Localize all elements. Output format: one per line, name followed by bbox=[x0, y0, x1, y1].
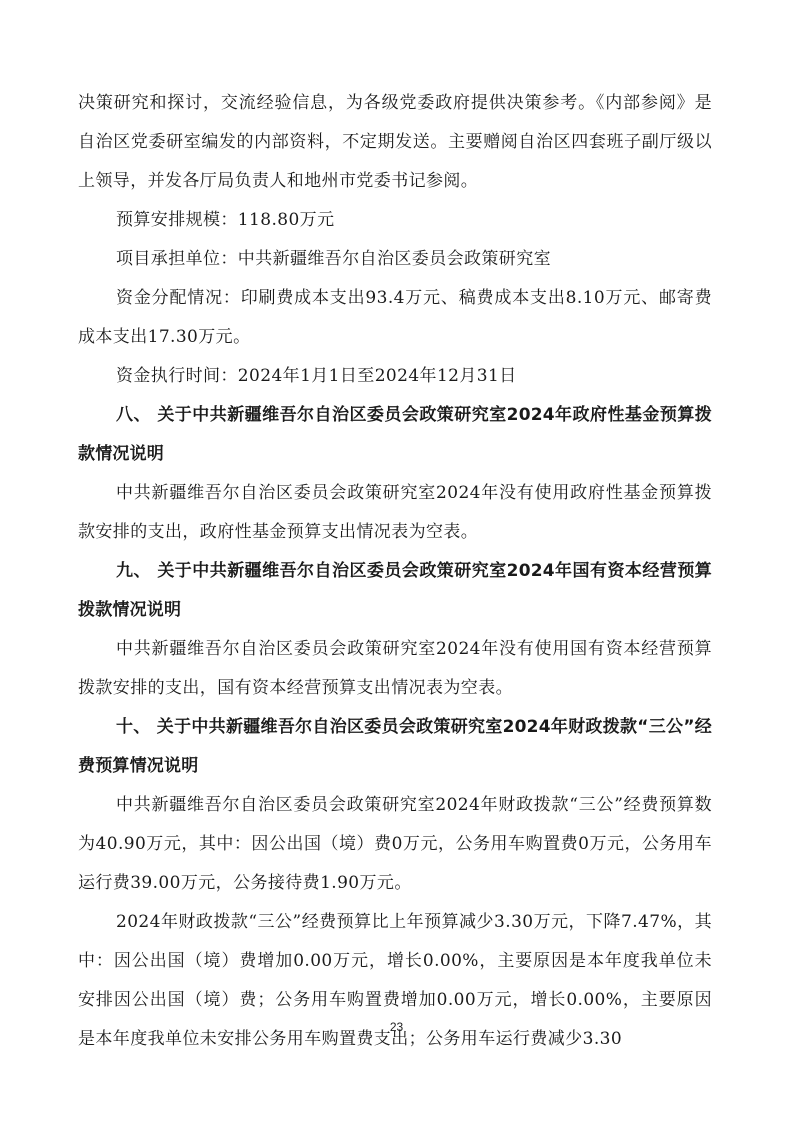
paragraph-budget-scale: 预算安排规模：118.80万元 bbox=[78, 201, 712, 240]
paragraph-undertaking-unit: 项目承担单位：中共新疆维吾尔自治区委员会政策研究室 bbox=[78, 240, 712, 279]
section-10-body-2: 2024年财政拨款“三公”经费预算比上年预算减少3.30万元，下降7.47%，其… bbox=[78, 903, 712, 1059]
section-10-body-1: 中共新疆维吾尔自治区委员会政策研究室2024年财政拨款“三公”经费预算数为40.… bbox=[78, 786, 712, 903]
paragraph-execution-time: 资金执行时间：2024年1月1日至2024年12月31日 bbox=[78, 357, 712, 396]
page-number: 23 bbox=[0, 1020, 793, 1034]
section-heading-10: 十、 关于中共新疆维吾尔自治区委员会政策研究室2024年财政拨款“三公”经费预算… bbox=[78, 708, 712, 786]
section-heading-8: 八、 关于中共新疆维吾尔自治区委员会政策研究室2024年政府性基金预算拨款情况说… bbox=[78, 396, 712, 474]
paragraph-intro-continuation: 决策研究和探讨，交流经验信息，为各级党委政府提供决策参考。《内部参阅》是自治区党… bbox=[78, 84, 712, 201]
section-heading-9: 九、 关于中共新疆维吾尔自治区委员会政策研究室2024年国有资本经营预算拨款情况… bbox=[78, 552, 712, 630]
section-8-body: 中共新疆维吾尔自治区委员会政策研究室2024年没有使用政府性基金预算拨款安排的支… bbox=[78, 474, 712, 552]
section-9-body: 中共新疆维吾尔自治区委员会政策研究室2024年没有使用国有资本经营预算拨款安排的… bbox=[78, 630, 712, 708]
document-page: 决策研究和探讨，交流经验信息，为各级党委政府提供决策参考。《内部参阅》是自治区党… bbox=[78, 84, 712, 1059]
paragraph-fund-allocation: 资金分配情况：印刷费成本支出93.4万元、稿费成本支出8.10万元、邮寄费成本支… bbox=[78, 279, 712, 357]
